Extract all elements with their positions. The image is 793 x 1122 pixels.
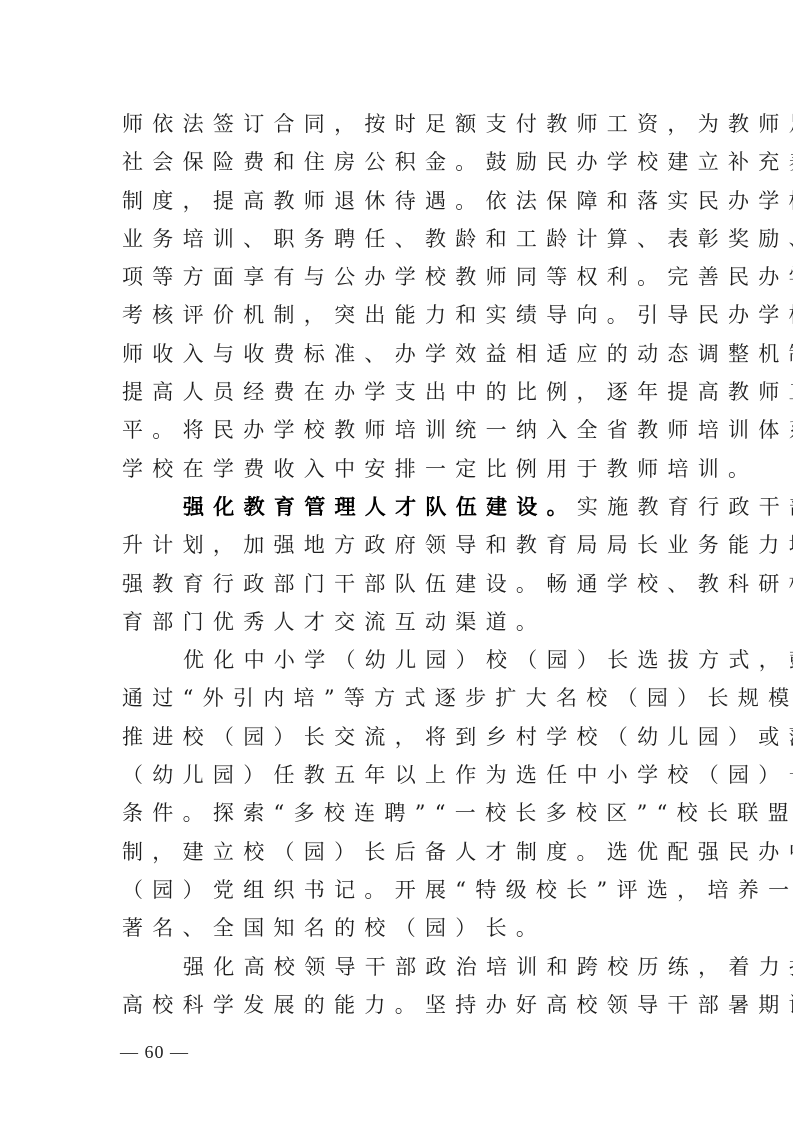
section-heading: 强化教育管理人才队伍建设。	[183, 494, 577, 519]
text-line: 育部门优秀人才交流互动渠道。	[122, 603, 674, 641]
text-line: 师收入与收费标准、办学效益相适应的动态调整机制，合理	[122, 335, 674, 373]
document-page: 师依法签订合同，按时足额支付教师工资，为教师足额缴纳 社会保险费和住房公积金。鼓…	[0, 0, 793, 1122]
text-line: （幼儿园）任教五年以上作为选任中小学校（园）长的优先	[122, 756, 674, 794]
text-line: 考核评价机制，突出能力和实绩导向。引导民办学校建立教	[122, 296, 674, 334]
text-line: 提高人员经费在办学支出中的比例，逐年提高教师工资水	[122, 373, 674, 411]
text-line: 强教育行政部门干部队伍建设。畅通学校、教科研机构与教	[122, 565, 674, 603]
page-number: — 60 —	[120, 1042, 189, 1063]
text-line: 高校科学发展的能力。坚持办好高校领导干部暑期读书班，	[122, 986, 674, 1024]
paragraph-heading-line: 强化教育管理人才队伍建设。实施教育行政干部素质提	[122, 488, 674, 526]
text-line: 社会保险费和住房公积金。鼓励民办学校建立补充养老保险	[122, 143, 674, 181]
paragraph-start-line: 优化中小学（幼儿园）校（园）长选拔方式，鼓励各地	[122, 641, 674, 679]
heading-continuation: 实施教育行政干部素质提	[577, 495, 793, 519]
paragraph-start-line: 强化高校领导干部政治培训和跨校历练，着力提升领导	[122, 948, 674, 986]
text-line: 业务培训、职务聘任、教龄和工龄计算、表彰奖励、科研立	[122, 220, 674, 258]
text-line: 制，建立校（园）长后备人才制度。选优配强民办中小学校	[122, 833, 674, 871]
text-line: 升计划，加强地方政府领导和教育局局长业务能力培训，加	[122, 526, 674, 564]
text-line: 制度，提高教师退休待遇。依法保障和落实民办学校教师在	[122, 182, 674, 220]
text-line: 著名、全国知名的校（园）长。	[122, 909, 674, 947]
body-text: 师依法签订合同，按时足额支付教师工资，为教师足额缴纳 社会保险费和住房公积金。鼓…	[122, 105, 674, 1024]
text-line: 项等方面享有与公办学校教师同等权利。完善民办学校教师	[122, 258, 674, 296]
text-line: 师依法签订合同，按时足额支付教师工资，为教师足额缴纳	[122, 105, 674, 143]
text-line: 条件。探索“多校连聘”“一校长多校区”“校长联盟”等机	[122, 794, 674, 832]
text-line: （园）党组织书记。开展“特级校长”评选，培养一批省内	[122, 871, 674, 909]
text-line: 推进校（园）长交流，将到乡村学校（幼儿园）或薄弱学校	[122, 718, 674, 756]
text-line: 学校在学费收入中安排一定比例用于教师培训。	[122, 450, 674, 488]
text-line: 通过“外引内培”等方式逐步扩大名校（园）长规模。积极	[122, 679, 674, 717]
text-line: 平。将民办学校教师培训统一纳入全省教师培训体系，民办	[122, 411, 674, 449]
